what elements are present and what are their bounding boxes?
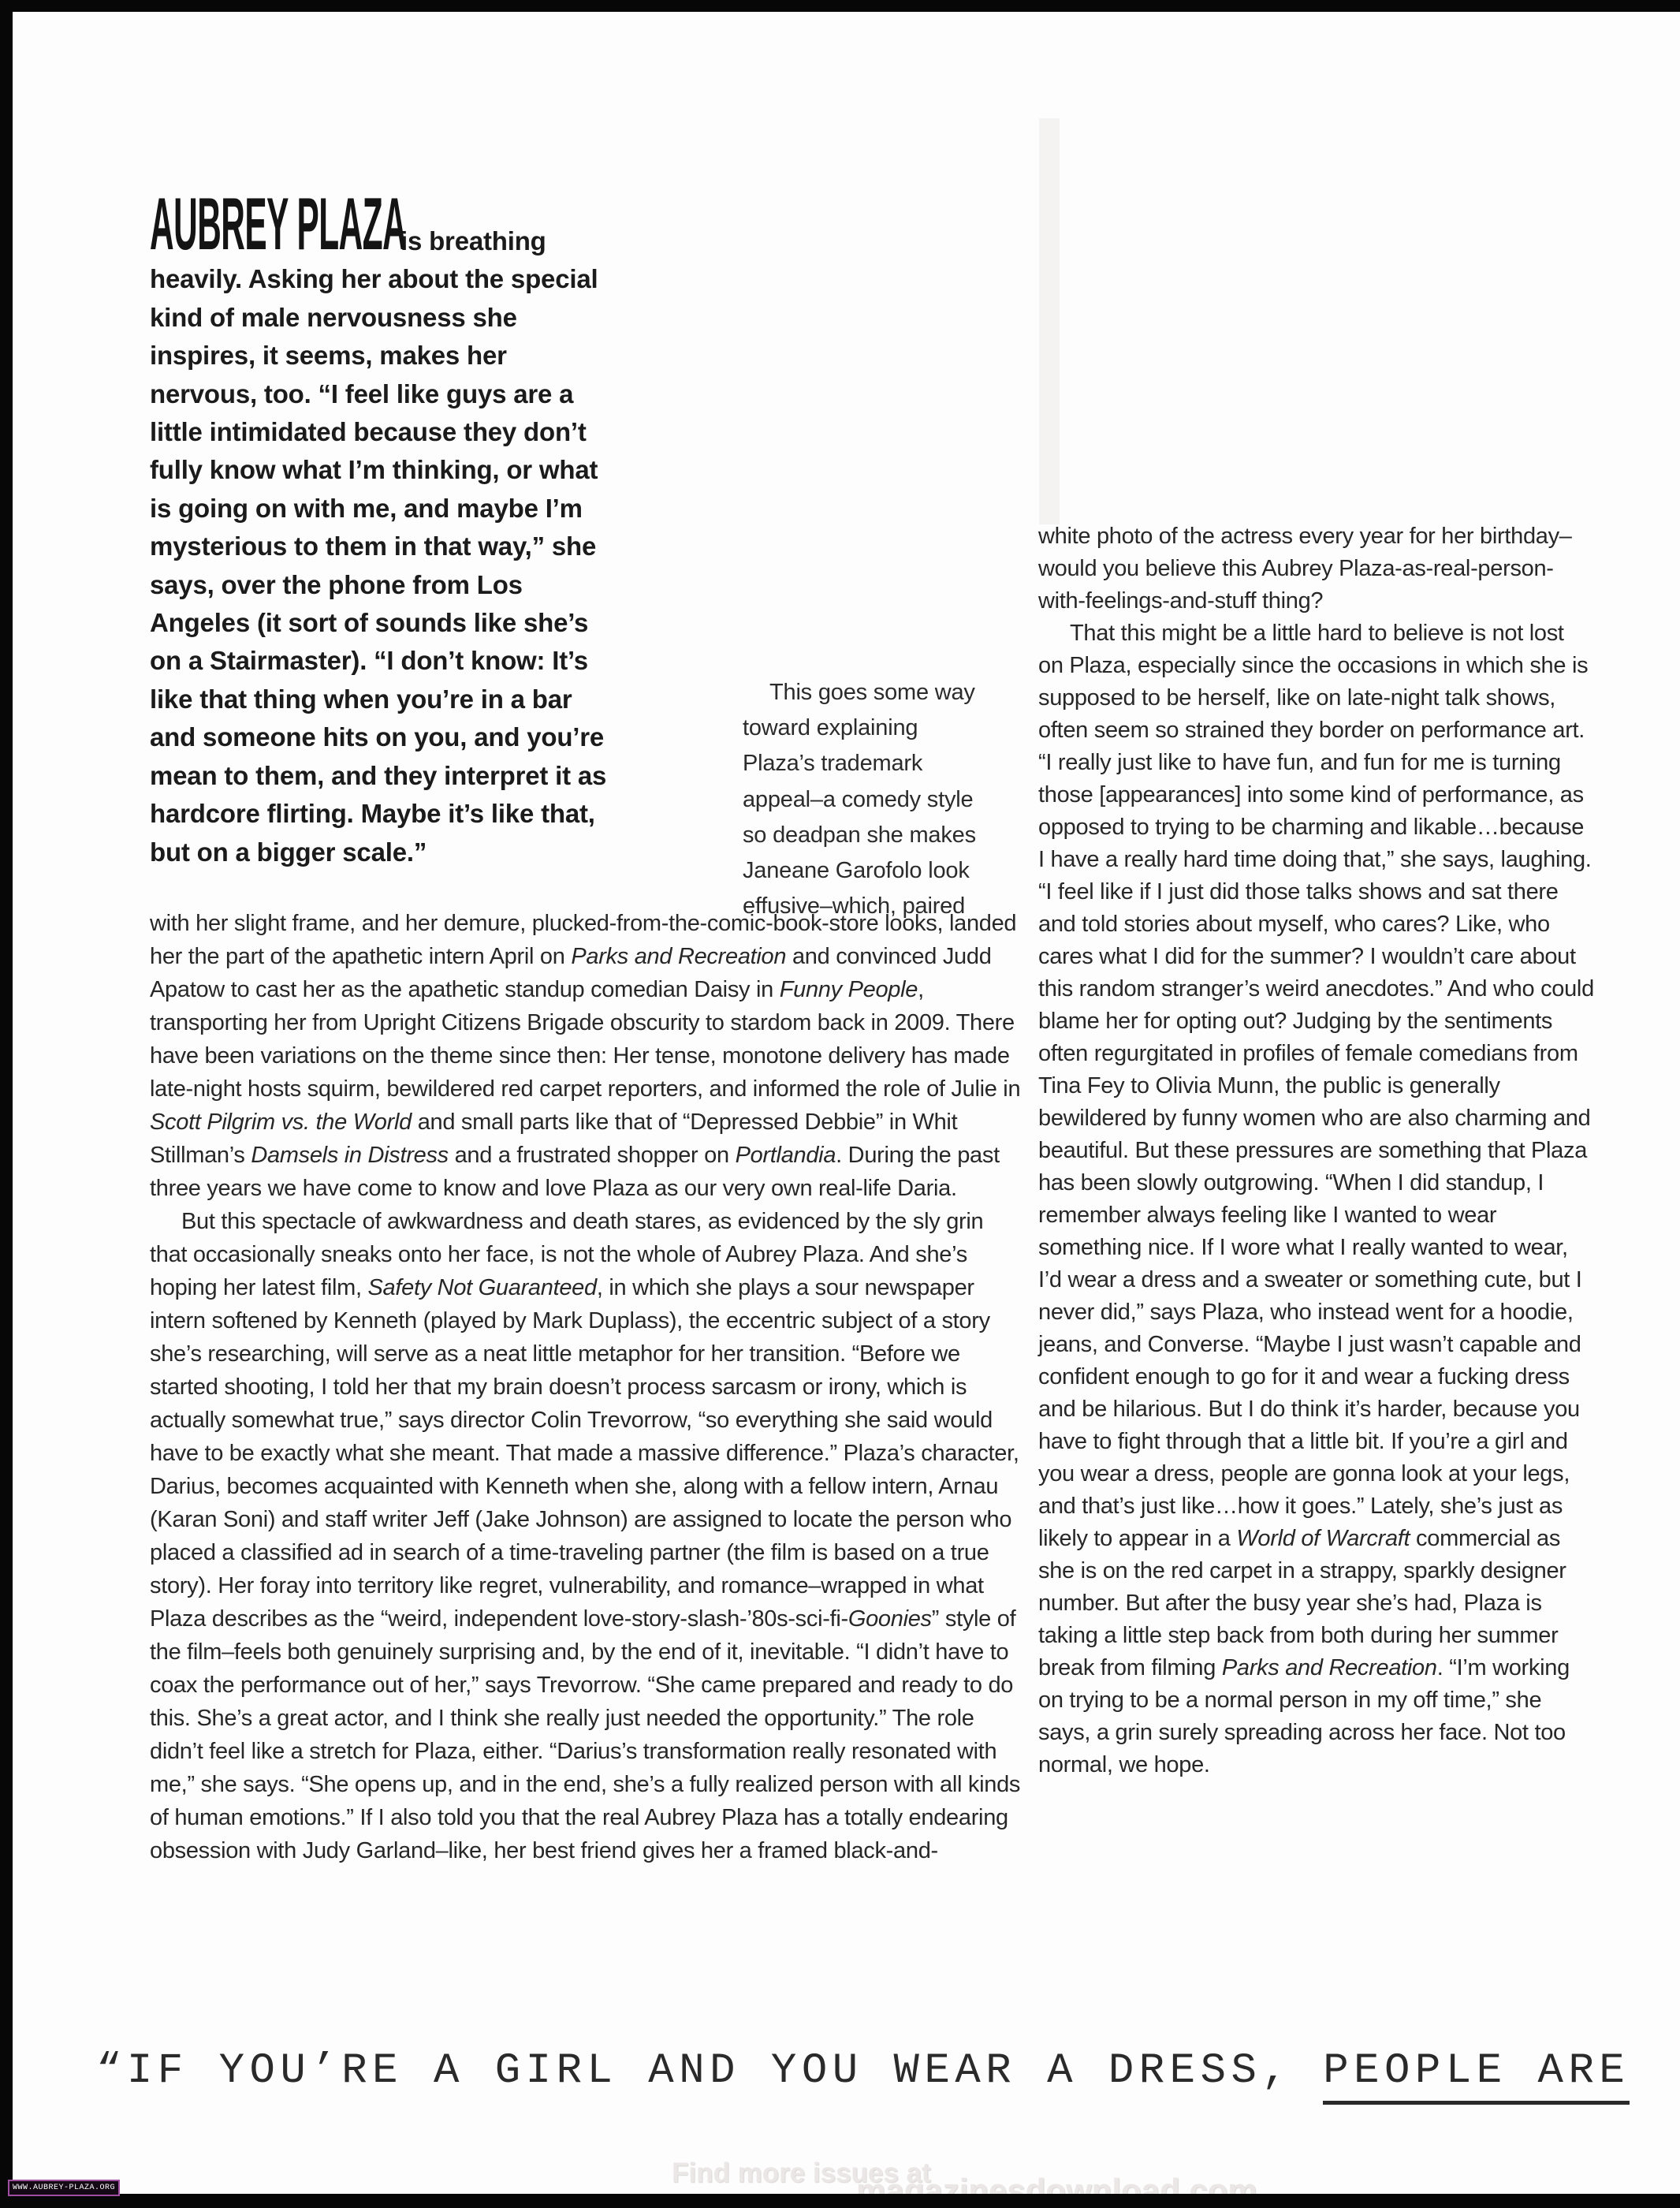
inset-line: toward explaining	[743, 711, 1026, 746]
site-badge: WWW.AUBREY-PLAZA.ORG	[8, 2180, 120, 2196]
body-left-column: with her slight frame, and her demure, p…	[150, 907, 1023, 1867]
intro-line: fully know what I’m thinking, or what	[150, 451, 733, 489]
inset-line: Plaza’s trademark	[743, 746, 1026, 781]
intro-line: Angeles (it sort of sounds like she’s	[150, 604, 733, 642]
body-paragraph: But this spectacle of awkwardness and de…	[150, 1205, 1023, 1867]
scan-artifact-band	[1039, 118, 1060, 524]
pull-quote-text: “IF YOU’RE A GIRL AND YOU WEAR A DRESS,	[96, 2047, 1323, 2095]
body-paragraph: white photo of the actress every year fo…	[1038, 520, 1595, 617]
intro-line: but on a bigger scale.”	[150, 834, 733, 871]
page-frame-left	[0, 0, 13, 2208]
body-paragraph: That this might be a little hard to beli…	[1038, 617, 1595, 1781]
intro-line: says, over the phone from Los	[150, 566, 733, 604]
inset-note: This goes some way toward explaining Pla…	[743, 675, 1026, 924]
body-paragraph: with her slight frame, and her demure, p…	[150, 907, 1023, 1205]
pull-quote-underlined-text: PEOPLE ARE	[1323, 2047, 1630, 2105]
page-frame-top	[0, 0, 1680, 12]
inset-line: This goes some way	[743, 675, 1026, 711]
article-headline: AUBREY PLAZA	[150, 187, 406, 261]
intro-line: on a Stairmaster). “I don’t know: It’s	[150, 642, 733, 680]
intro-line: heavily. Asking her about the special	[150, 260, 733, 298]
intro-line: and someone hits on you, and you’re	[150, 718, 733, 756]
page-frame-bottom	[0, 2194, 1680, 2208]
intro-line: hardcore flirting. Maybe it’s like that,	[150, 795, 733, 833]
inset-line: appeal–a comedy style	[743, 782, 1026, 818]
inset-line: so deadpan she makes	[743, 818, 1026, 853]
intro-line: mysterious to them in that way,” she	[150, 528, 733, 565]
intro-line: little intimidated because they don’t	[150, 413, 733, 451]
intro-line: kind of male nervousness she	[150, 299, 733, 337]
intro-line: like that thing when you’re in a bar	[150, 681, 733, 718]
intro-paragraph: is breathing heavily. Asking her about t…	[150, 222, 733, 871]
intro-line: mean to them, and they interpret it as	[150, 757, 733, 795]
intro-line: inspires, it seems, makes her	[150, 337, 733, 375]
body-right-column: white photo of the actress every year fo…	[1038, 520, 1595, 1781]
intro-line: nervous, too. “I feel like guys are a	[150, 375, 733, 413]
pull-quote: “IF YOU’RE A GIRL AND YOU WEAR A DRESS, …	[96, 2047, 1657, 2095]
intro-line: is going on with me, and maybe I’m	[150, 490, 733, 528]
inset-line: Janeane Garofolo look	[743, 853, 1026, 889]
magazine-page: AUBREY PLAZA is breathing heavily. Askin…	[0, 0, 1680, 2208]
